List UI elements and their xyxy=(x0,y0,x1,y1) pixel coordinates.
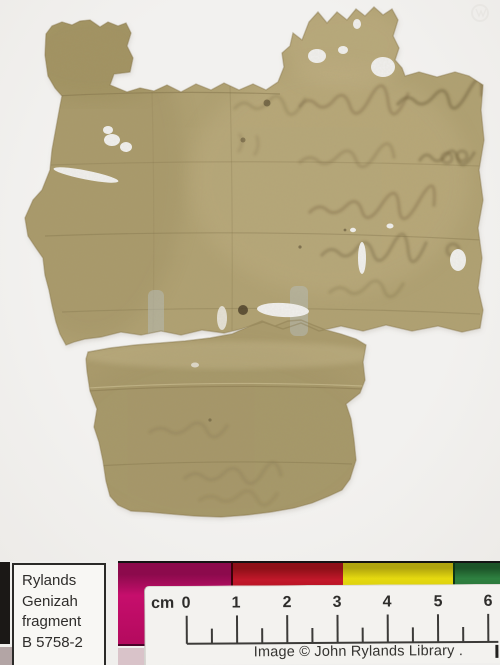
label-line-shelfmark: B 5758-2 xyxy=(22,633,104,654)
label-line-type: fragment xyxy=(22,612,104,633)
ruler-card: cm 0 1 2 3 4 5 6 Image © John Rylands Li… xyxy=(144,584,500,665)
photo-background xyxy=(0,0,500,561)
digitised-fragment-photograph: { "photo": { "background_color": "#f0efe… xyxy=(0,0,500,665)
fragment-image xyxy=(0,0,500,561)
shelfmark-label: Rylands Genizah fragment B 5758-2 xyxy=(12,563,106,665)
ruler-edge-mark xyxy=(495,645,498,658)
calibration-black-patch xyxy=(0,562,10,644)
label-line-series: Genizah xyxy=(22,592,104,613)
calibration-gray-patch xyxy=(0,647,12,665)
image-credit: Image © John Rylands Library . xyxy=(223,643,493,661)
paper-watermark xyxy=(472,5,488,21)
calibration-pink-patch xyxy=(118,648,144,665)
label-line-collection: Rylands xyxy=(22,571,104,592)
